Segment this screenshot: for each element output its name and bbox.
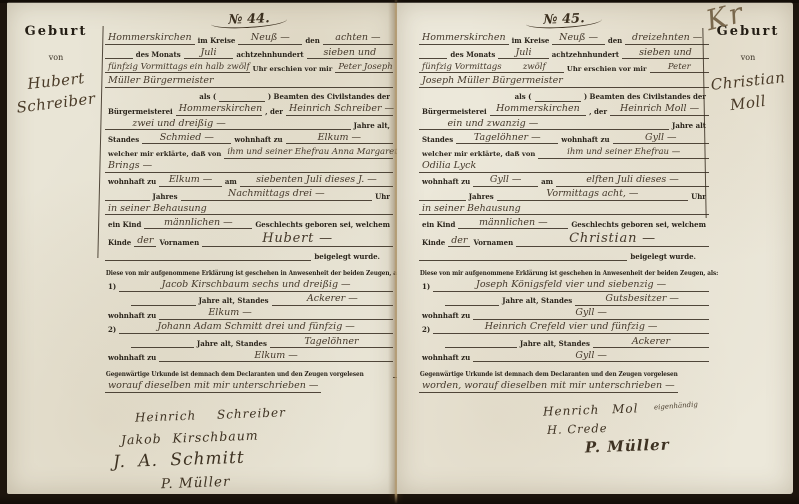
form-line: Joseph Müller Bürgermeister [419,76,709,88]
printed-label: 2) [419,326,433,334]
printed-label: wohnhaft zu [419,354,473,362]
form-line: wohnhaft zuGyll —amelften Juli dieses — [419,175,709,187]
printed-label: Jahre alt, Standes [499,297,575,305]
printed-label: achtzehnhundert [233,51,306,59]
printed-label: Jahres [466,193,497,201]
printed-label: Uhr erschien vor mir [564,65,650,73]
form-line: ein Kindmännlichen —Geschlechts geboren … [105,217,393,229]
handwritten-entry: Neuß — [552,33,604,45]
handwritten-entry: Joseph Müller Bürgermeister [419,76,566,88]
form-line: Hommerskirchenim KreiseNeuß —dendreizehn… [419,33,709,45]
form-line: StandesTagelöhner —wohnhaft zuGyll — [419,132,709,144]
printed-label: Jahre alt, Standes [196,297,272,305]
signature-witness-1: Jakob Kirschbaum [121,429,259,446]
printed-label: im Kreise [509,37,553,45]
handwritten-entry: Gyll — [473,175,538,187]
form-line: 2)Johann Adam Schmitt drei und fünfzig — [105,322,393,334]
left-form: № 44. Hommerskirchenim KreiseNeuß —denac… [105,12,393,490]
printed-label: , der [262,108,286,116]
printed-label: am [538,178,556,186]
handwritten-entry: ihm und seiner Ehefrau Anna Margareth [224,148,393,159]
handwritten-entry: Joseph Königsfeld vier und siebenzig — [433,280,709,292]
handwritten-entry: Gyll — [613,133,709,145]
blank-underline [219,91,265,102]
printed-label: als ( [196,93,219,101]
blank-underline [445,337,517,348]
form-line: Gegenwärtige Urkunde ist demnach dem Dec… [419,366,709,378]
form-line: welcher mir erklärte, daß vonihm und sei… [419,147,709,159]
blank-underline [131,337,194,348]
blank-underline [105,48,133,59]
form-line: wohnhaft zuGyll — [419,308,709,320]
record-number: № 45. [526,11,603,30]
handwritten-entry: der [134,236,156,248]
printed-label: Standes [105,136,142,144]
handwritten-entry: ein halb zwölf [187,63,250,74]
handwritten-entry: Elkum — [159,308,301,320]
blank-underline [479,162,709,173]
handwritten-entry: der [448,236,470,248]
form-line: KindederVornamenHubert — [105,232,393,248]
right-signatures: Henrich Mol eigenhändig H. Crede P. Müll… [419,401,709,454]
printed-label: Diese von mir aufgenommene Erklärung ist… [419,270,719,278]
signature-row: Heinrich Schreiber [105,406,393,422]
handwritten-entry: Schmied — [142,133,231,145]
blank-underline [105,190,150,201]
signature-row: P. Müller [105,474,393,491]
form-line: Müller Bürgermeister [105,76,393,88]
handwritten-entry: siebenten Juli dieses J. — [240,175,393,187]
printed-label: wohnhaft zu [231,136,285,144]
form-line: zwei und dreißig —Jahre alt, [105,118,393,130]
handwritten-entry: Peter Joseph [335,63,393,74]
form-line: ein und zwanzig —Jahre alt [419,118,709,130]
page-edge-top [0,0,799,3]
form-line: ein Kindmännlichen —Geschlechts geboren … [419,217,709,229]
page-edge-bottom [0,495,799,504]
signature-witness-2: J. A. Schmitt [113,449,245,471]
blank-underline [301,309,393,320]
form-line: beigelegt wurde. [419,249,709,261]
printed-label: Vornamen [470,239,516,247]
printed-label: wohnhaft zu [105,178,159,186]
margin-name-last: Moll [706,89,790,117]
record-number: № 44. [211,11,288,30]
printed-label: den [605,37,625,45]
signature-row: P. Müller [543,438,709,454]
blank-underline [105,250,311,261]
form-line: worauf dieselben mit mir unterschrieben … [105,381,393,393]
printed-label: wohnhaft zu [105,312,159,320]
form-line: KindederVornamenChristian — [419,232,709,248]
signature-declarant: Heinrich Schreiber [135,406,286,423]
handwritten-entry: fünfzig Vormittags [105,63,187,74]
handwritten-entry: sieben und [307,48,393,60]
printed-label: Gegenwärtige Urkunde ist demnach dem Dec… [419,371,679,379]
handwritten-entry: in seiner Behausung [105,204,210,216]
blank-underline [567,119,669,130]
form-line: worden, worauf dieselben mit mir untersc… [419,381,709,393]
handwritten-entry: Vormittags acht, — [497,189,688,201]
printed-label: Bürgermeisterei [105,108,176,116]
blank-underline [210,204,393,215]
signature-registrar: P. Müller [161,475,231,491]
handwritten-entry: Hommerskirchen [419,33,509,45]
handwritten-entry: Elkum — [286,133,393,145]
form-line: fünfzig VormittagszwölfUhr erschien vor … [419,61,709,73]
form-line: Jahre alt, StandesAckerer [419,336,709,348]
printed-label: Vornamen [156,239,202,247]
printed-label: Diese von mir aufgenommene Erklärung ist… [105,270,405,278]
blank-underline [131,295,196,306]
handwritten-entry: Hommerskirchen [490,104,586,116]
left-page: Geburt von Hubert Schreiber № 44. Hommer… [7,2,397,494]
form-line: Jahre alt, StandesAckerer — [105,294,393,306]
form-line: welcher mir erklärte, daß vonihm und sei… [105,147,393,159]
form-line: Jahre alt, StandesTagelöhner [105,336,393,348]
printed-label: Kinde [419,239,448,247]
handwritten-entry: Ackerer [593,337,709,349]
form-line: wohnhaft zuElkum —amsiebenten Juli diese… [105,175,393,187]
form-line: wohnhaft zuGyll — [419,350,709,362]
handwritten-entry: Ackerer — [272,294,393,306]
form-line: StandesSchmied —wohnhaft zuElkum — [105,132,393,144]
blank-underline [419,190,466,201]
form-line: des MonatsJuliachtzehnhundertsieben und [105,47,393,59]
printed-label: am [222,178,240,186]
form-line: Diese von mir aufgenommene Erklärung ist… [105,265,393,277]
blank-underline [566,77,709,88]
printed-label: wohnhaft zu [558,136,612,144]
form-line: als () Beamten des Civilstandes der [105,90,393,102]
printed-label: Jahres [150,193,181,201]
printed-label: ) Beamten des Civilstandes der [581,93,709,101]
printed-label: des Monats [447,51,498,59]
margin-divider [97,26,103,258]
form-line: Hommerskirchenim KreiseNeuß —denachten — [105,33,393,45]
form-line: Odilia Lyck [419,161,709,173]
handwritten-entry: in seiner Behausung [419,204,524,216]
signature-registrar: P. Müller [585,437,670,455]
handwritten-entry: Johann Adam Schmitt drei und fünfzig — [119,322,393,334]
handwritten-entry: männlichen — [458,218,568,230]
handwritten-entry: elften Juli dieses — [556,175,709,187]
blank-underline [217,77,393,88]
printed-label: ein Kind [419,221,458,229]
form-line: Brings — [105,161,393,173]
printed-label: Standes [419,136,456,144]
handwritten-entry: dreizehnten — [625,33,709,45]
handwritten-entry: Elkum — [159,351,393,363]
handwritten-entry: zwei und dreißig — [105,119,253,131]
handwritten-entry: Gyll — [473,308,709,320]
blank-underline [524,204,709,215]
form-line: Jahre alt, StandesGutsbesitzer — [419,294,709,306]
form-line: Gegenwärtige Urkunde ist demnach dem Dec… [105,366,393,378]
printed-label: Uhr [372,193,393,201]
signature-row: Jakob Kirschbaum [105,429,393,445]
printed-label: den [302,37,322,45]
printed-label: 1) [419,283,433,291]
form-line: 1)Joseph Königsfeld vier und siebenzig — [419,280,709,292]
handwritten-entry: sieben und [622,48,709,60]
blank-underline [535,91,581,102]
handwritten-entry: Juli [498,48,548,60]
blank-underline [445,295,499,306]
handwritten-entry: ihm und seiner Ehefrau — [538,148,709,159]
printed-label: Jahre alt, [351,122,393,130]
handwritten-entry: männlichen — [144,218,252,230]
handwritten-entry: fünfzig Vormittags [419,63,505,74]
form-line: JahresVormittags acht, —Uhr [419,189,709,201]
handwritten-entry: ein und zwanzig — [419,119,567,131]
handwritten-entry: Hubert — [202,232,393,248]
signature-row: Henrich Mol eigenhändig [543,401,709,417]
handwritten-entry: Gutsbesitzer — [575,294,709,306]
handwritten-entry: Odilia Lyck [419,161,479,173]
right-form: № 45. Hommerskirchenim KreiseNeuß —dendr… [419,12,709,454]
form-line: des MonatsJuliachtzehnhundertsieben und [419,47,709,59]
handwritten-entry: Nachmittags drei — [181,189,373,201]
printed-label: Jahre alt, Standes [194,340,270,348]
printed-label: welcher mir erklärte, daß von [105,150,224,158]
handwritten-entry: worden, worauf dieselben mit mir untersc… [419,381,678,393]
handwritten-entry: Neuß — [238,33,302,45]
form-line: Diese von mir aufgenommene Erklärung ist… [419,265,709,277]
handwritten-entry: Tagelöhner [270,337,393,349]
handwritten-entry: Heinrich Moll — [610,104,709,116]
blank-underline [155,162,393,173]
printed-label: wohnhaft zu [419,312,473,320]
printed-label: Geschlechts geboren sei, welchem [252,221,393,229]
printed-label: Kinde [105,239,134,247]
printed-label: des Monats [133,51,184,59]
handwritten-entry: Heinrich Crefeld vier und fünfzig — [433,322,709,334]
handwritten-entry: Elkum — [159,175,222,187]
printed-label: im Kreise [195,37,239,45]
printed-label: 1) [105,283,119,291]
left-signatures: Heinrich Schreiber Jakob Kirschbaum J. A… [105,406,393,491]
signature-declarant: Henrich Mol [543,402,639,417]
record-type-preposition: von [707,53,789,62]
right-page: № 45. Hommerskirchenim KreiseNeuß —dendr… [397,2,793,494]
handwritten-entry: Peter [650,63,709,74]
blank-underline [419,250,627,261]
form-line: JahresNachmittags drei —Uhr [105,189,393,201]
form-line: in seiner Behausung [105,203,393,215]
right-margin: Geburt von Christian Moll [707,24,789,112]
printed-label: wohnhaft zu [419,178,473,186]
signature-note: eigenhändig [653,401,697,411]
handwritten-entry: Jacob Kirschbaum sechs und dreißig — [119,280,393,292]
form-line: als () Beamten des Civilstandes der [419,90,709,102]
handwritten-entry: Juli [184,48,234,60]
form-line: BürgermeistereiHommerskirchen, derHeinri… [419,104,709,116]
handwritten-entry: Hommerskirchen [176,104,262,116]
printed-label: achtzehnhundert [549,51,622,59]
handwritten-entry: Gyll — [473,351,709,363]
signature-row: H. Crede [543,420,709,436]
form-line: 2)Heinrich Crefeld vier und fünfzig — [419,322,709,334]
form-lines: Hommerskirchenim KreiseNeuß —denachten —… [105,33,393,393]
signature-witness-1: H. Crede [547,423,608,437]
form-line: beigelegt wurde. [105,249,393,261]
form-line: BürgermeistereiHommerskirchen, derHeinri… [105,104,393,116]
printed-label: beigelegt wurde. [311,253,383,261]
record-type-preposition: von [15,53,97,62]
signature-row: J. A. Schmitt [105,452,393,469]
printed-label: ein Kind [105,221,144,229]
form-line: in seiner Behausung [419,203,709,215]
handwritten-entry: worauf dieselben mit mir unterschrieben … [105,381,321,393]
handwritten-entry: Müller Bürgermeister [105,76,217,88]
printed-label: Jahre alt, Standes [517,340,593,348]
blank-underline [253,119,350,130]
printed-label: Gegenwärtige Urkunde ist demnach dem Dec… [105,371,365,379]
form-line: wohnhaft zuElkum — [105,308,393,320]
form-line: 1)Jacob Kirschbaum sechs und dreißig — [105,280,393,292]
form-line: wohnhaft zuElkum — [105,350,393,362]
form-lines: Hommerskirchenim KreiseNeuß —dendreizehn… [419,33,709,393]
printed-label: als ( [512,93,535,101]
handwritten-entry: zwölf [505,63,564,74]
handwritten-entry: Christian — [516,232,709,248]
record-type-heading: Geburt [15,24,97,39]
form-line: fünfzig Vormittagsein halb zwölfUhr ersc… [105,61,393,73]
printed-label: Uhr erschien vor mir [250,65,336,73]
blank-underline [419,48,447,59]
printed-label: beigelegt wurde. [627,253,699,261]
left-margin: Geburt von Hubert Schreiber [15,24,97,112]
handwritten-entry: achten — [323,33,393,45]
printed-label: ) Beamten des Civilstandes der [265,93,393,101]
handwritten-entry: Heinrich Schreiber — [286,104,393,116]
handwritten-entry: Tagelöhner — [456,133,558,145]
printed-label: Bürgermeisterei [419,108,490,116]
register-book-spread: Geburt von Hubert Schreiber № 44. Hommer… [0,0,799,504]
printed-label: wohnhaft zu [105,354,159,362]
handwritten-entry: Hommerskirchen [105,33,195,45]
printed-label: welcher mir erklärte, daß von [419,150,538,158]
margin-name-last: Schreiber [14,89,98,117]
printed-label: , der [586,108,610,116]
printed-label: Geschlechts geboren sei, welchem [568,221,709,229]
handwritten-entry: Brings — [105,161,155,173]
printed-label: 2) [105,326,119,334]
